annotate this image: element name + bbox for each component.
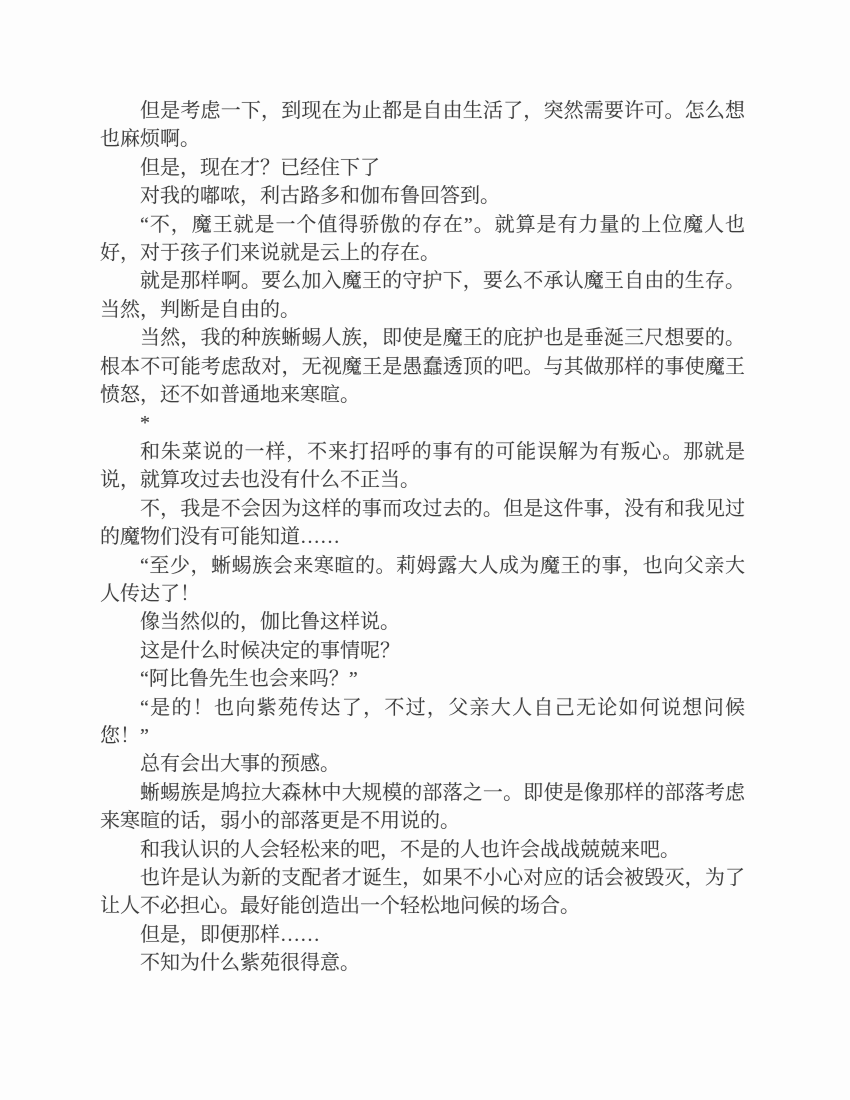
paragraph: 但是考虑一下，到现在为止都是自由生活了，突然需要许可。怎么想也麻烦啊。 — [100, 97, 745, 154]
paragraph: “是的！也向紫苑传达了，不过，父亲大人自己无论如何说想问候您！” — [100, 694, 745, 751]
paragraph: 当然，我的种族蜥蜴人族，即使是魔王的庇护也是垂涎三尺想要的。根本不可能考虑敌对，… — [100, 324, 745, 409]
paragraph: 对我的嘟哝，利古路多和伽布鲁回答到。 — [100, 182, 745, 210]
paragraph: “至少，蜥蜴族会来寒暄的。莉姆露大人成为魔王的事，也向父亲大人传达了！ — [100, 552, 745, 609]
paragraph: 但是，现在才？已经住下了 — [100, 154, 745, 182]
paragraph: 不知为什么紫苑很得意。 — [100, 949, 745, 977]
paragraph: 像当然似的，伽比鲁这样说。 — [100, 608, 745, 636]
paragraph: 蜥蜴族是鸠拉大森林中大规模的部落之一。即使是像那样的部落考虑来寒暄的话，弱小的部… — [100, 779, 745, 836]
paragraph: “阿比鲁先生也会来吗？” — [100, 665, 745, 693]
paragraph: 和朱菜说的一样，不来打招呼的事有的可能误解为有叛心。那就是说，就算攻过去也没有什… — [100, 438, 745, 495]
novel-text-body: 但是考虑一下，到现在为止都是自由生活了，突然需要许可。怎么想也麻烦啊。但是，现在… — [0, 0, 850, 978]
novel-page: 但是考虑一下，到现在为止都是自由生活了，突然需要许可。怎么想也麻烦啊。但是，现在… — [0, 0, 850, 1100]
paragraph: 但是，即便那样…… — [100, 921, 745, 949]
paragraph: “不，魔王就是一个值得骄傲的存在”。就算是有力量的上位魔人也好，对于孩子们来说就… — [100, 211, 745, 268]
paragraph: 这是什么时候决定的事情呢？ — [100, 637, 745, 665]
paragraph: 不，我是不会因为这样的事而攻过去的。但是这件事，没有和我见过的魔物们没有可能知道… — [100, 495, 745, 552]
paragraph: 也许是认为新的支配者才诞生，如果不小心对应的话会被毁灭，为了让人不必担心。最好能… — [100, 864, 745, 921]
section-separator: * — [100, 409, 745, 437]
paragraph: 就是那样啊。要么加入魔王的守护下，要么不承认魔王自由的生存。当然，判断是自由的。 — [100, 267, 745, 324]
paragraph: 和我认识的人会轻松来的吧，不是的人也许会战战兢兢来吧。 — [100, 836, 745, 864]
paragraph: 总有会出大事的预感。 — [100, 750, 745, 778]
